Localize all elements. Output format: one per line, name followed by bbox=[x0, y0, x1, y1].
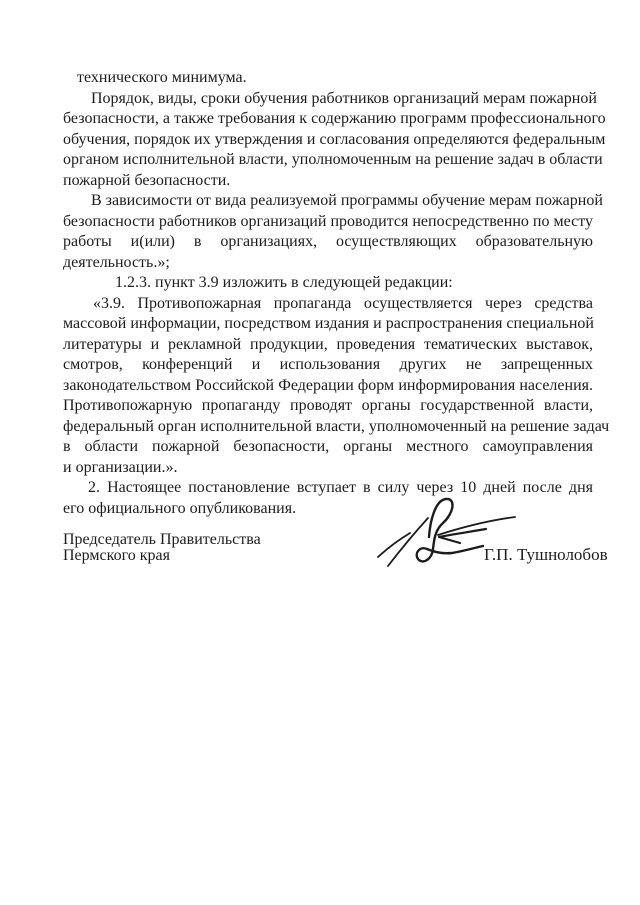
text-line: органом исполнительной власти, уполномоч… bbox=[63, 150, 593, 171]
text-line: безопасности работников организаций пров… bbox=[63, 212, 593, 233]
paragraph: 1.2.3. пункт 3.9 изложить в следующей ре… bbox=[63, 273, 593, 294]
text-line: В зависимости от вида реализуемой програ… bbox=[63, 191, 593, 212]
text-line: в области пожарной безопасности, органы … bbox=[63, 437, 593, 458]
paragraph: технического минимума. bbox=[63, 68, 593, 89]
paragraph: «3.9. Противопожарная пропаганда осущест… bbox=[63, 294, 593, 479]
text-line: массовой информации, посредством издания… bbox=[63, 314, 593, 335]
paragraph: В зависимости от вида реализуемой програ… bbox=[63, 191, 593, 273]
signer-position-title: Председатель Правительства Пермского кра… bbox=[63, 532, 261, 563]
text-line: Противопожарную пропаганду проводят орга… bbox=[63, 396, 593, 417]
text-line: пожарной безопасности. bbox=[63, 171, 593, 192]
text-line: литературы и рекламной продукции, провед… bbox=[63, 335, 593, 356]
document-page: технического минимума.Порядок, виды, сро… bbox=[0, 0, 640, 905]
text-line: Порядок, виды, сроки обучения работников… bbox=[63, 89, 593, 110]
text-line: «3.9. Противопожарная пропаганда осущест… bbox=[63, 294, 593, 315]
document-body: технического минимума.Порядок, виды, сро… bbox=[63, 68, 593, 519]
paragraph: Порядок, виды, сроки обучения работников… bbox=[63, 89, 593, 192]
text-line: деятельность.»; bbox=[63, 253, 593, 274]
text-line: смотров, конференций и использования дру… bbox=[63, 355, 593, 376]
text-line: и организации.». bbox=[63, 458, 593, 479]
text-line: обучения, порядок их утверждения и согла… bbox=[63, 130, 593, 151]
text-line: 1.2.3. пункт 3.9 изложить в следующей ре… bbox=[63, 273, 593, 294]
signer-position-line1: Председатель Правительства bbox=[63, 532, 261, 548]
signer-name: Г.П. Тушнолобов bbox=[484, 545, 608, 565]
text-line: законодательством Российской Федерации ф… bbox=[63, 376, 593, 397]
text-line: работы и(или) в организациях, осуществля… bbox=[63, 232, 593, 253]
text-line: федеральный орган исполнительной власти,… bbox=[63, 417, 593, 438]
text-line: технического минимума. bbox=[63, 68, 593, 89]
text-line: безопасности, а также требования к содер… bbox=[63, 109, 593, 130]
signer-position-line2: Пермского края bbox=[63, 548, 261, 564]
